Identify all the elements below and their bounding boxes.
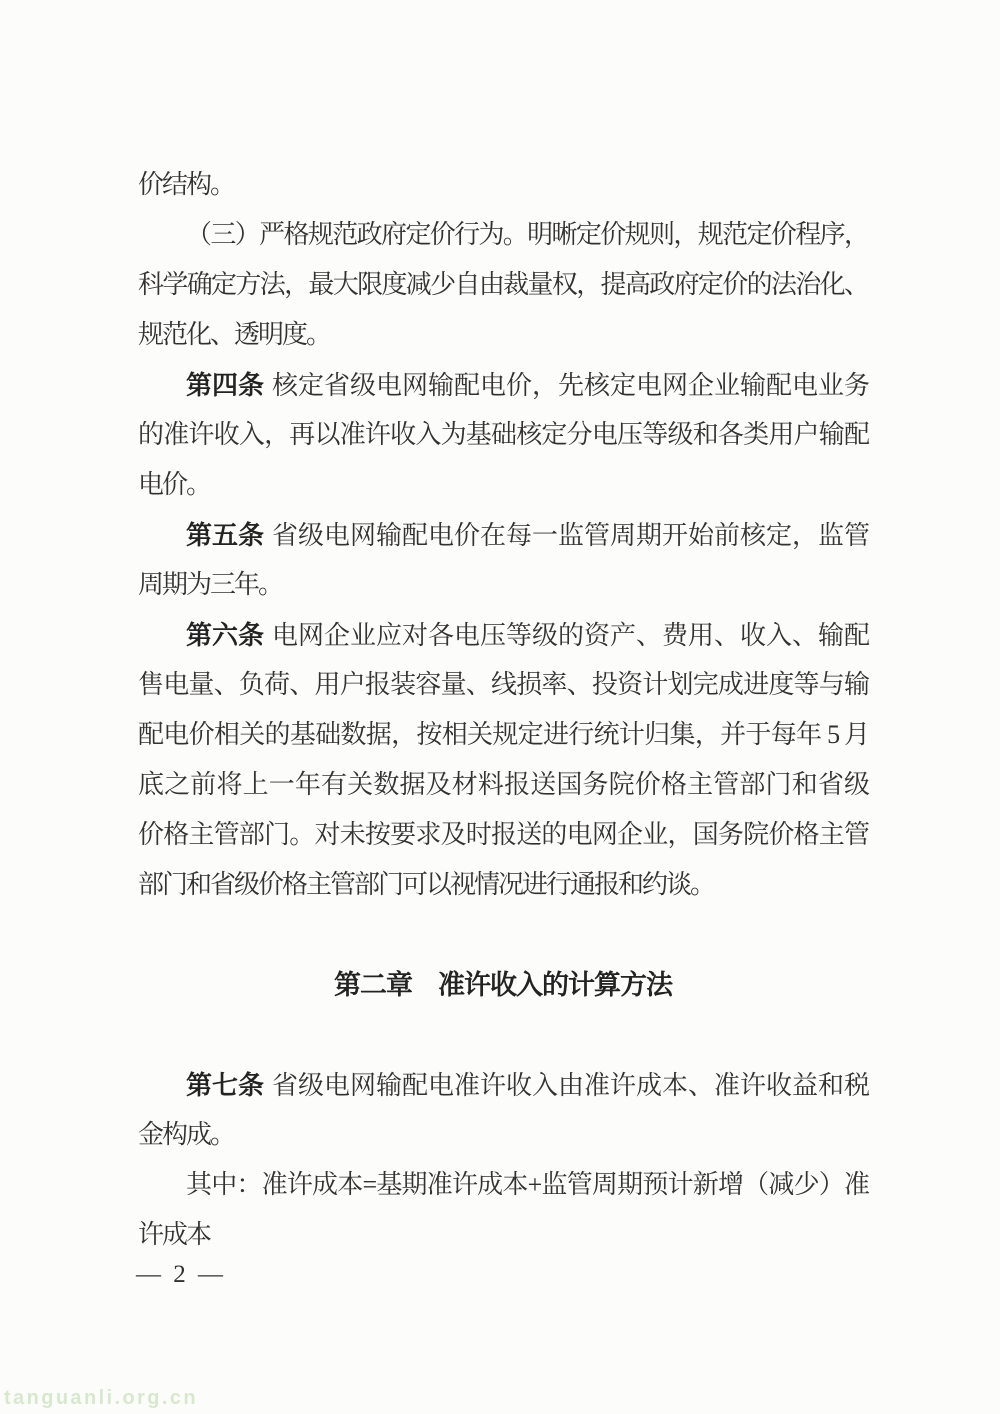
text-line: 周期为三年。	[138, 560, 868, 610]
text-line: 配电价相关的基础数据，按相关规定进行统计归集，并于每年 5 月	[138, 710, 868, 760]
text-line: 第七条省级电网输配电准许收入由准许成本、准许收益和税	[138, 1060, 868, 1110]
line-text: 省级电网输配电价在每一监管周期开始前核定，监管	[272, 521, 868, 550]
text-line: 底之前将上一年有关数据及材料报送国务院价格主管部门和省级	[138, 760, 868, 810]
text-line: 售电量、负荷、用户报装容量、线损率、投资计划完成进度等与输	[138, 660, 868, 710]
text-line: 其中：准许成本=基期准许成本+监管周期预计新增（减少）准	[138, 1160, 868, 1210]
page-number: — 2 —	[136, 1258, 226, 1292]
article-label: 第六条	[186, 620, 264, 650]
text-line: 价结构。	[138, 160, 868, 210]
text-line: 第六条电网企业应对各电压等级的资产、费用、收入、输配	[138, 610, 868, 660]
article-label: 第七条	[186, 1070, 264, 1100]
line-text: 电网企业应对各电压等级的资产、费用、收入、输配	[272, 621, 868, 650]
document-body: 价结构。 （三）严格规范政府定价行为。明晰定价规则，规范定价程序， 科学确定方法…	[138, 160, 868, 1260]
text-line: 许成本	[138, 1210, 868, 1260]
text-line: 第四条核定省级电网输配电价，先核定电网企业输配电业务	[138, 360, 868, 410]
watermark: tanguanli.org.cn	[4, 1387, 198, 1410]
article-label: 第四条	[186, 370, 264, 400]
line-text: 核定省级电网输配电价，先核定电网企业输配电业务	[272, 371, 868, 400]
text-line: 电价。	[138, 460, 868, 510]
text-line: 金构成。	[138, 1110, 868, 1160]
text-line: 部门和省级价格主管部门可以视情况进行通报和约谈。	[138, 860, 868, 910]
document-page: 价结构。 （三）严格规范政府定价行为。明晰定价规则，规范定价程序， 科学确定方法…	[0, 0, 1000, 1414]
text-line: 价格主管部门。对未按要求及时报送的电网企业，国务院价格主管	[138, 810, 868, 860]
text-line: 第五条省级电网输配电价在每一监管周期开始前核定，监管	[138, 510, 868, 560]
chapter-heading: 第二章 准许收入的计算方法	[138, 960, 868, 1010]
text-line: （三）严格规范政府定价行为。明晰定价规则，规范定价程序，	[138, 210, 868, 260]
text-line: 科学确定方法，最大限度减少自由裁量权，提高政府定价的法治化、	[138, 260, 868, 310]
article-label: 第五条	[186, 520, 264, 550]
text-line: 规范化、透明度。	[138, 310, 868, 360]
text-line: 的准许收入，再以准许收入为基础核定分电压等级和各类用户输配	[138, 410, 868, 460]
line-text: 省级电网输配电准许收入由准许成本、准许收益和税	[272, 1071, 868, 1100]
